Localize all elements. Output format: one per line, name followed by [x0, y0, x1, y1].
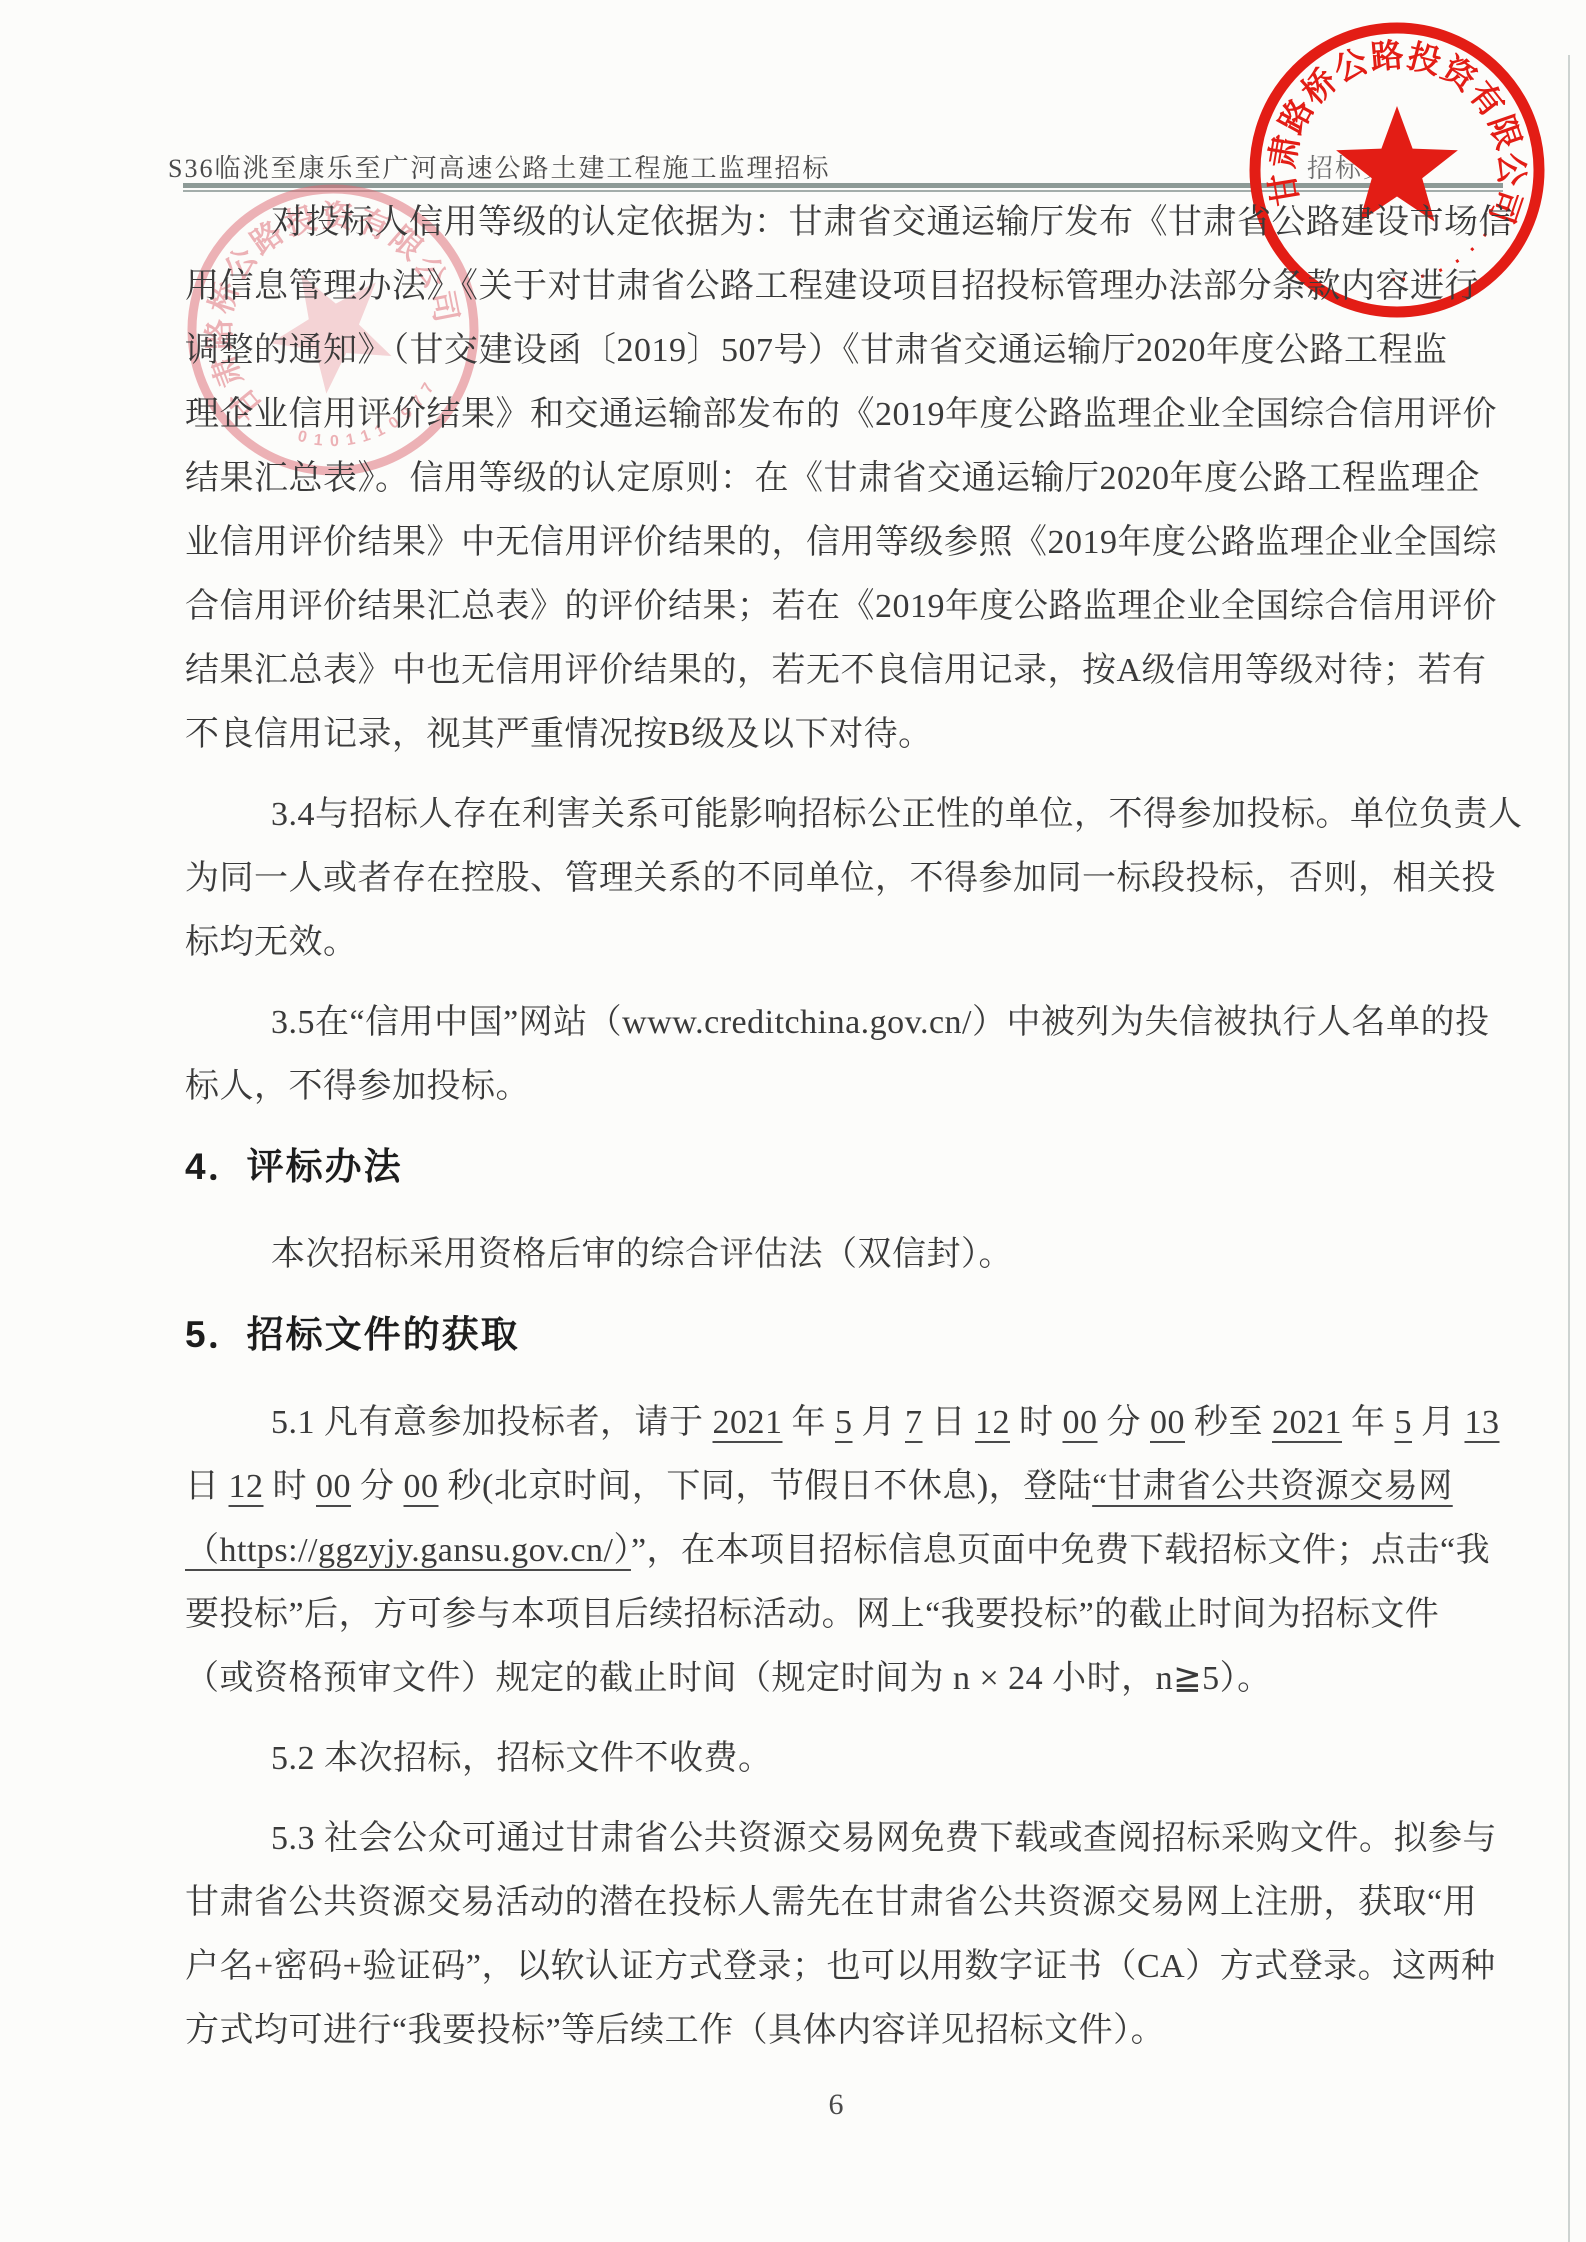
underlined-text: 00	[404, 1468, 439, 1505]
underlined-text: 13	[1465, 1404, 1500, 1441]
underlined-text: 12	[229, 1468, 264, 1505]
document-body: 对投标人信用等级的认定依据为：甘肃省交通运输厅发布《甘肃省公路建设市场信用信息管…	[185, 191, 1515, 2063]
text-line: 5.2 本次招标，招标文件不收费。	[185, 1727, 1515, 1791]
text-segment: 甘肃省公共资源交易活动的潜在投标人需先在甘肃省公共资源交易网上注册，获取“用	[185, 1884, 1477, 1921]
text-segment: 年	[783, 1404, 836, 1441]
text-line: 标人，不得参加投标。	[185, 1055, 1515, 1119]
text-line: 3.5在“信用中国”网站（www.creditchina.gov.cn/）中被列…	[185, 991, 1515, 1055]
text-segment: 分	[351, 1468, 404, 1505]
text-segment: 户名+密码+验证码”，以软认证方式登录；也可以用数字证书（CA）方式登录。这两种	[185, 1948, 1496, 1985]
text-line: 结果汇总表》中也无信用评价结果的，若无不良信用记录，按A级信用等级对待；若有	[185, 639, 1515, 703]
text-line: 不良信用记录，视其严重情况按B级及以下对待。	[185, 703, 1515, 767]
underlined-text: 00	[1063, 1404, 1098, 1441]
underlined-text: “甘肃省公共资源交易网	[1092, 1468, 1453, 1505]
text-segment: 对投标人信用等级的认定依据为：甘肃省交通运输厅发布《甘肃省公路建设市场信	[271, 204, 1513, 241]
underlined-text: （https://ggzyjy.gansu.gov.cn/）	[185, 1532, 631, 1569]
text-segment: 月	[853, 1404, 906, 1441]
text-segment: （或资格预审文件）规定的截止时间（规定时间为 n × 24 小时，n≧5）。	[185, 1660, 1272, 1697]
text-segment: 时	[1010, 1404, 1063, 1441]
text-line: （https://ggzyjy.gansu.gov.cn/）”，在本项目招标信息…	[185, 1519, 1515, 1583]
scanned-document-page: { "header": { "project_title": "S36临洮至康乐…	[0, 0, 1586, 2242]
underlined-text: 5	[1395, 1404, 1413, 1441]
scan-edge-line	[1568, 55, 1570, 2242]
text-line: 业信用评价结果》中无信用评价结果的，信用等级参照《2019年度公路监理企业全国综	[185, 511, 1515, 575]
text-line: 本次招标采用资格后审的综合评估法（双信封）。	[185, 1223, 1515, 1287]
text-line: 为同一人或者存在控股、管理关系的不同单位，不得参加同一标段投标，否则，相关投	[185, 847, 1515, 911]
text-segment: 日	[185, 1468, 229, 1505]
text-line: （或资格预审文件）规定的截止时间（规定时间为 n × 24 小时，n≧5）。	[185, 1647, 1515, 1711]
text-line: 3.4与招标人存在利害关系可能影响招标公正性的单位，不得参加投标。单位负责人	[185, 783, 1515, 847]
text-line: 5.3 社会公众可通过甘肃省公共资源交易网免费下载或查阅招标采购文件。拟参与	[185, 1807, 1515, 1871]
text-segment: 标均无效。	[185, 924, 358, 961]
paragraph: 对投标人信用等级的认定依据为：甘肃省交通运输厅发布《甘肃省公路建设市场信用信息管…	[185, 191, 1515, 767]
underlined-text: 2021	[1272, 1404, 1342, 1441]
paragraph: 5.1 凡有意参加投标者，请于 2021 年 5 月 7 日 12 时 00 分…	[185, 1391, 1515, 1711]
underlined-text: 00	[316, 1468, 351, 1505]
paragraph: 本次招标采用资格后审的综合评估法（双信封）。	[185, 1223, 1515, 1287]
text-segment: 3.5在“信用中国”网站（www.creditchina.gov.cn/）中被列…	[271, 1004, 1490, 1041]
underlined-text: 5	[835, 1404, 853, 1441]
paragraph: 3.4与招标人存在利害关系可能影响招标公正性的单位，不得参加投标。单位负责人为同…	[185, 783, 1515, 975]
text-segment: ”，在本项目招标信息页面中免费下载招标文件；点击“我	[631, 1532, 1490, 1569]
text-segment: 合信用评价结果汇总表》的评价结果；若在《2019年度公路监理企业全国综合信用评价	[185, 588, 1497, 625]
text-segment: 不良信用记录，视其严重情况按B级及以下对待。	[185, 716, 933, 753]
text-segment: 秒(北京时间，下同，节假日不休息)，登陆	[439, 1468, 1093, 1505]
text-segment: 标人，不得参加投标。	[185, 1068, 530, 1105]
text-line: 理企业信用评价结果》和交通运输部发布的《2019年度公路监理企业全国综合信用评价	[185, 383, 1515, 447]
text-segment: 5.2 本次招标，招标文件不收费。	[271, 1740, 773, 1777]
text-line: 调整的通知》（甘交建设函〔2019〕507号）《甘肃省交通运输厅2020年度公路…	[185, 319, 1515, 383]
text-segment: 5.1 凡有意参加投标者，请于	[271, 1404, 713, 1441]
paragraph: 5.2 本次招标，招标文件不收费。	[185, 1727, 1515, 1791]
text-line: 要投标”后，方可参与本项目后续招标活动。网上“我要投标”的截止时间为招标文件	[185, 1583, 1515, 1647]
text-segment: 5.3 社会公众可通过甘肃省公共资源交易网免费下载或查阅招标采购文件。拟参与	[271, 1820, 1497, 1857]
text-segment: 日	[923, 1404, 976, 1441]
underlined-text: 2021	[713, 1404, 783, 1441]
text-line: 方式均可进行“我要投标”等后续工作（具体内容详见招标文件）。	[185, 1999, 1515, 2063]
text-line: 甘肃省公共资源交易活动的潜在投标人需先在甘肃省公共资源交易网上注册，获取“用	[185, 1871, 1515, 1935]
text-line: 标均无效。	[185, 911, 1515, 975]
text-segment: 理企业信用评价结果》和交通运输部发布的《2019年度公路监理企业全国综合信用评价	[185, 396, 1497, 433]
text-line: 结果汇总表》。信用等级的认定原则：在《甘肃省交通运输厅2020年度公路工程监理企	[185, 447, 1515, 511]
text-segment: 分	[1098, 1404, 1151, 1441]
text-segment: 调整的通知》（甘交建设函〔2019〕507号）《甘肃省交通运输厅2020年度公路…	[185, 332, 1448, 369]
text-segment: 时	[264, 1468, 317, 1505]
paragraph: 3.5在“信用中国”网站（www.creditchina.gov.cn/）中被列…	[185, 991, 1515, 1119]
text-segment: 业信用评价结果》中无信用评价结果的，信用等级参照《2019年度公路监理企业全国综	[185, 524, 1497, 561]
text-line: 户名+密码+验证码”，以软认证方式登录；也可以用数字证书（CA）方式登录。这两种	[185, 1935, 1515, 1999]
text-segment: 3.4与招标人存在利害关系可能影响招标公正性的单位，不得参加投标。单位负责人	[271, 796, 1523, 833]
text-segment: 结果汇总表》中也无信用评价结果的，若无不良信用记录，按A级信用等级对待；若有	[185, 652, 1487, 689]
underlined-text: 7	[905, 1404, 923, 1441]
text-segment: 结果汇总表》。信用等级的认定原则：在《甘肃省交通运输厅2020年度公路工程监理企	[185, 460, 1480, 497]
text-segment: 年	[1342, 1404, 1395, 1441]
text-line: 用信息管理办法》《关于对甘肃省公路工程建设项目招投标管理办法部分条款内容进行	[185, 255, 1515, 319]
section-heading: 5．招标文件的获取	[185, 1303, 1515, 1367]
page-number: 6	[806, 2088, 866, 2122]
underlined-text: 12	[975, 1404, 1010, 1441]
text-line: 对投标人信用等级的认定依据为：甘肃省交通运输厅发布《甘肃省公路建设市场信	[185, 191, 1515, 255]
text-segment: 方式均可进行“我要投标”等后续工作（具体内容详见招标文件）。	[185, 2012, 1165, 2049]
text-segment: 秒至	[1185, 1404, 1272, 1441]
text-segment: 为同一人或者存在控股、管理关系的不同单位，不得参加同一标段投标，否则，相关投	[185, 860, 1496, 897]
text-segment: 本次招标采用资格后审的综合评估法（双信封）。	[271, 1236, 1013, 1273]
text-line: 合信用评价结果汇总表》的评价结果；若在《2019年度公路监理企业全国综合信用评价	[185, 575, 1515, 639]
text-segment: 要投标”后，方可参与本项目后续招标活动。网上“我要投标”的截止时间为招标文件	[185, 1596, 1439, 1633]
text-segment: 用信息管理办法》《关于对甘肃省公路工程建设项目招投标管理办法部分条款内容进行	[185, 268, 1479, 305]
text-line: 5.1 凡有意参加投标者，请于 2021 年 5 月 7 日 12 时 00 分…	[185, 1391, 1515, 1455]
section-heading: 4．评标办法	[185, 1135, 1515, 1199]
text-segment: 月	[1412, 1404, 1465, 1441]
text-line: 日 12 时 00 分 00 秒(北京时间，下同，节假日不休息)，登陆“甘肃省公…	[185, 1455, 1515, 1519]
underlined-text: 00	[1150, 1404, 1185, 1441]
paragraph: 5.3 社会公众可通过甘肃省公共资源交易网免费下载或查阅招标采购文件。拟参与甘肃…	[185, 1807, 1515, 2063]
